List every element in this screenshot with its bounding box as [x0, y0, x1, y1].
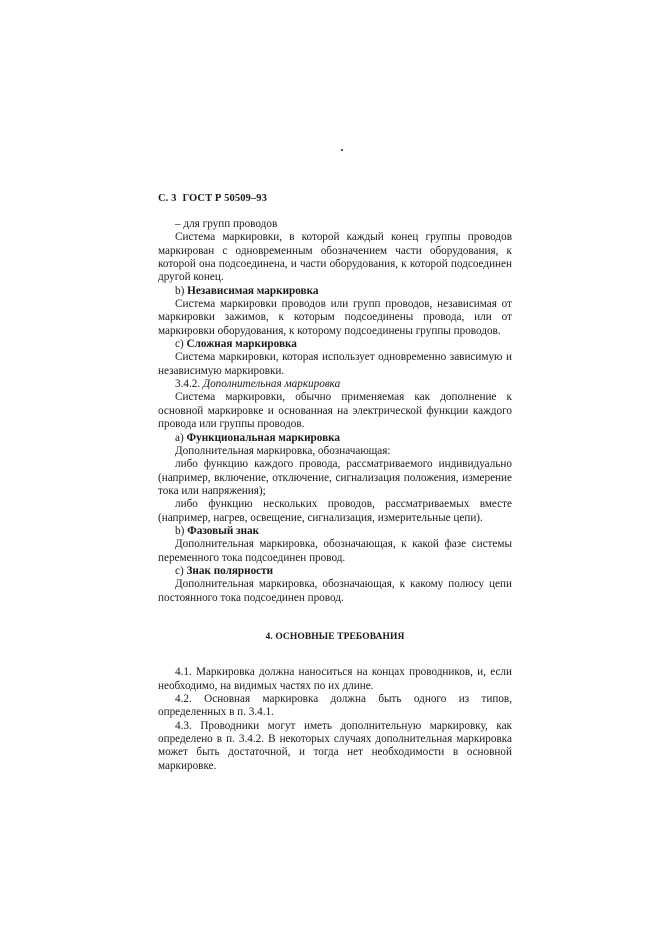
paragraph: Система маркировки, обычно применяемая к…	[158, 391, 512, 431]
paragraph: Дополнительная маркировка, обозначающая,…	[158, 538, 512, 565]
paragraph: Дополнительная маркировка, обозначающая:	[158, 445, 512, 458]
standard-number: ГОСТ Р 50509–93	[182, 193, 266, 204]
subheading-3-4-2: 3.4.2. Дополнительная маркировка	[158, 378, 512, 391]
section-title: 4. ОСНОВНЫЕ ТРЕБОВАНИЯ	[158, 605, 512, 666]
scan-speck	[341, 149, 343, 151]
paragraph: либо функцию нескольких проводов, рассма…	[158, 498, 512, 525]
subheading-functional-marking: a) Функциональная маркировка	[158, 432, 512, 445]
paragraph: либо функцию каждого провода, рассматрив…	[158, 458, 512, 498]
clause-4-2: 4.2. Основная маркировка должна быть одн…	[158, 693, 512, 720]
subheading-polarity-sign: c) Знак полярности	[158, 565, 512, 578]
document-body: – для групп проводов Система маркировки,…	[158, 218, 512, 773]
subheading-phase-sign: b) Фазовый знак	[158, 525, 512, 538]
paragraph: Система маркировки, в которой каждый кон…	[158, 231, 512, 284]
clause-4-1: 4.1. Маркировка должна наноситься на кон…	[158, 666, 512, 693]
page-number: С. 3	[158, 193, 176, 204]
subheading-independent-marking: b) Независимая маркировка	[158, 285, 512, 298]
subheading-complex-marking: c) Сложная маркировка	[158, 338, 512, 351]
clause-4-3: 4.3. Проводники могут иметь дополнительн…	[158, 720, 512, 773]
list-item-wire-groups: – для групп проводов	[158, 218, 512, 231]
paragraph: Дополнительная маркировка, обозначающая,…	[158, 578, 512, 605]
page-header: С. 3ГОСТ Р 50509–93	[158, 193, 267, 204]
paragraph: Система маркировки, которая использует о…	[158, 351, 512, 378]
paragraph: Система маркировки проводов или групп пр…	[158, 298, 512, 338]
